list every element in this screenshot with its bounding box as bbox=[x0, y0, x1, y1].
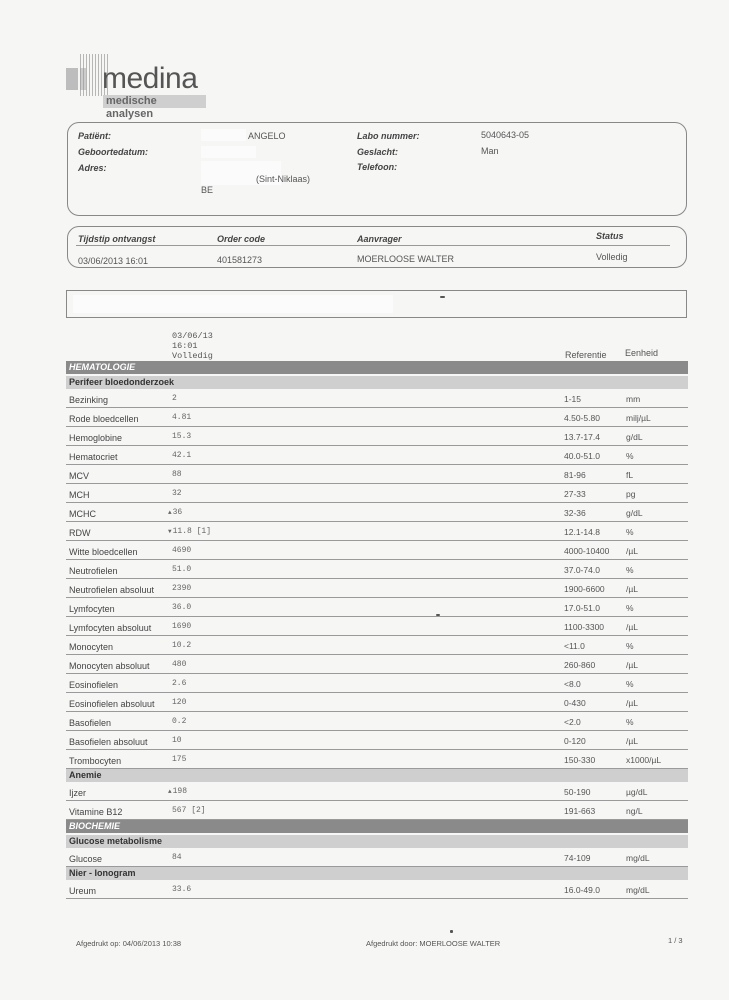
test-name: Glucose bbox=[69, 854, 102, 864]
result-value: 120 bbox=[172, 698, 186, 707]
test-result: 36.0 bbox=[172, 603, 191, 612]
test-result: 10 bbox=[172, 736, 182, 745]
test-name: RDW bbox=[69, 528, 91, 538]
result-value: 42.1 bbox=[172, 451, 191, 460]
result-value: 4690 bbox=[172, 546, 191, 555]
reference-range: 1900-6600 bbox=[564, 584, 605, 594]
reference-range: 150-330 bbox=[564, 755, 595, 765]
result-value: 36 bbox=[173, 508, 183, 517]
test-result: 42.1 bbox=[172, 451, 191, 460]
test-name: Trombocyten bbox=[69, 756, 121, 766]
table-row: Hematocriet42.140.0-51.0% bbox=[66, 446, 688, 465]
test-result: 567 [2] bbox=[172, 806, 206, 815]
patient-label: Patiënt: bbox=[78, 131, 111, 141]
group-header: Nier - Ionogram bbox=[66, 867, 688, 880]
remarks-box bbox=[66, 290, 687, 318]
patient-info-box: Patiënt: ANGELO Geboortedatum: Adres: (S… bbox=[67, 122, 687, 216]
test-result: 15.3 bbox=[172, 432, 191, 441]
table-row: Lymfocyten36.017.0-51.0% bbox=[66, 598, 688, 617]
order-info-box: Tijdstip ontvangst Order code Aanvrager … bbox=[67, 226, 687, 268]
unit: mg/dL bbox=[626, 853, 650, 863]
table-row: MCHC▲3632-36g/dL bbox=[66, 503, 688, 522]
lab-report-page: medina medische analysen Patiënt: ANGELO… bbox=[0, 0, 729, 1000]
table-row: Trombocyten175150-330x1000/µL bbox=[66, 750, 688, 769]
test-name: Hemoglobine bbox=[69, 433, 122, 443]
unit: fL bbox=[626, 470, 633, 480]
unit: % bbox=[626, 641, 634, 651]
unit: milj/µL bbox=[626, 413, 651, 423]
table-row: Eosinofielen absoluut1200-430/µL bbox=[66, 693, 688, 712]
logo-subtitle: medische analysen bbox=[103, 95, 206, 108]
reference-range: 81-96 bbox=[564, 470, 586, 480]
test-result: 51.0 bbox=[172, 565, 191, 574]
result-date: 03/06/13 bbox=[172, 331, 213, 341]
test-name: Lymfocyten bbox=[69, 604, 115, 614]
flag-high-icon: ▲ bbox=[168, 788, 172, 795]
printed-by: Afgedrukt door: MOERLOOSE WALTER bbox=[366, 939, 500, 948]
unit: ng/L bbox=[626, 806, 643, 816]
section-header: HEMATOLOGIE bbox=[66, 361, 688, 374]
address-city: (Sint-Niklaas) bbox=[256, 174, 310, 184]
received-value: 03/06/2013 16:01 bbox=[78, 256, 148, 266]
page-number: 1 / 3 bbox=[668, 936, 683, 945]
result-value: 51.0 bbox=[172, 565, 191, 574]
reference-range: 50-190 bbox=[564, 787, 590, 797]
result-value: 36.0 bbox=[172, 603, 191, 612]
result-value: 175 bbox=[172, 755, 186, 764]
table-row: Vitamine B12567 [2]191-663ng/L bbox=[66, 801, 688, 820]
table-row: Neutrofielen absoluut23901900-6600/µL bbox=[66, 579, 688, 598]
test-name: MCHC bbox=[69, 509, 96, 519]
test-name: Ureum bbox=[69, 886, 96, 896]
redacted-remark bbox=[73, 295, 393, 313]
result-status: Volledig bbox=[172, 351, 213, 361]
test-name: Monocyten bbox=[69, 642, 113, 652]
status-value: Volledig bbox=[596, 252, 628, 262]
unit: pg bbox=[626, 489, 635, 499]
test-result: 88 bbox=[172, 470, 182, 479]
test-name: Hematocriet bbox=[69, 452, 118, 462]
result-value: 1690 bbox=[172, 622, 191, 631]
gender: Man bbox=[481, 146, 499, 156]
result-value: 33.6 bbox=[172, 885, 191, 894]
unit: /µL bbox=[626, 660, 638, 670]
unit: /µL bbox=[626, 546, 638, 556]
test-result: ▲198 bbox=[168, 787, 187, 796]
reference-range: 17.0-51.0 bbox=[564, 603, 600, 613]
reference-range: 74-109 bbox=[564, 853, 590, 863]
test-result: 4690 bbox=[172, 546, 191, 555]
printed-on: Afgedrukt op: 04/06/2013 10:38 bbox=[76, 939, 181, 948]
unit: % bbox=[626, 451, 634, 461]
test-result: 10.2 bbox=[172, 641, 191, 650]
birthdate-label: Geboortedatum: bbox=[78, 147, 148, 157]
reference-range: 12.1-14.8 bbox=[564, 527, 600, 537]
result-value: 4.81 bbox=[172, 413, 191, 422]
result-column-header: 03/06/13 16:01 Volledig bbox=[172, 331, 213, 361]
table-row: MCH3227-33pg bbox=[66, 484, 688, 503]
test-name: MCV bbox=[69, 471, 89, 481]
unit: mg/dL bbox=[626, 885, 650, 895]
test-name: Eosinofielen absoluut bbox=[69, 699, 155, 709]
table-row: Basofielen0.2<2.0% bbox=[66, 712, 688, 731]
reference-range: 0-120 bbox=[564, 736, 586, 746]
table-row: Lymfocyten absoluut16901100-3300/µL bbox=[66, 617, 688, 636]
unit: g/dL bbox=[626, 508, 643, 518]
reference-range: 16.0-49.0 bbox=[564, 885, 600, 895]
table-row: Monocyten10.2<11.0% bbox=[66, 636, 688, 655]
test-result: 0.2 bbox=[172, 717, 186, 726]
result-time: 16:01 bbox=[172, 341, 213, 351]
test-name: Neutrofielen bbox=[69, 566, 118, 576]
logo-name: medina bbox=[102, 64, 197, 94]
group-header: Glucose metabolisme bbox=[66, 835, 688, 848]
unit: /µL bbox=[626, 736, 638, 746]
test-result: 1690 bbox=[172, 622, 191, 631]
table-row: Neutrofielen51.037.0-74.0% bbox=[66, 560, 688, 579]
table-row: Eosinofielen2.6<8.0% bbox=[66, 674, 688, 693]
scan-artifact bbox=[450, 930, 453, 933]
reference-range: <2.0 bbox=[564, 717, 581, 727]
reference-range: 37.0-74.0 bbox=[564, 565, 600, 575]
group-header: Perifeer bloedonderzoek bbox=[66, 376, 688, 389]
result-value: 11.8 [1] bbox=[173, 527, 211, 536]
table-row: Ijzer▲19850-190µg/dL bbox=[66, 782, 688, 801]
unit: /µL bbox=[626, 698, 638, 708]
result-value: 84 bbox=[172, 853, 182, 862]
result-value: 198 bbox=[173, 787, 187, 796]
result-value: 10.2 bbox=[172, 641, 191, 650]
test-result: 175 bbox=[172, 755, 186, 764]
unit: µg/dL bbox=[626, 787, 647, 797]
patient-name: ANGELO bbox=[248, 131, 286, 141]
reference-range: 4.50-5.80 bbox=[564, 413, 600, 423]
reference-range: <11.0 bbox=[564, 641, 585, 651]
unit: /µL bbox=[626, 584, 638, 594]
test-name: Basofielen absoluut bbox=[69, 737, 148, 747]
unit: % bbox=[626, 603, 634, 613]
table-row: Bezinking21-15mm bbox=[66, 389, 688, 408]
test-name: Monocyten absoluut bbox=[69, 661, 150, 671]
test-name: Bezinking bbox=[69, 395, 108, 405]
gender-label: Geslacht: bbox=[357, 147, 398, 157]
result-value: 567 [2] bbox=[172, 806, 206, 815]
test-name: Basofielen bbox=[69, 718, 111, 728]
test-name: MCH bbox=[69, 490, 90, 500]
result-value: 15.3 bbox=[172, 432, 191, 441]
table-row: Ureum33.616.0-49.0mg/dL bbox=[66, 880, 688, 899]
result-value: 480 bbox=[172, 660, 186, 669]
phone-label: Telefoon: bbox=[357, 162, 397, 172]
status-header: Status bbox=[596, 231, 624, 241]
reference-range: 1-15 bbox=[564, 394, 581, 404]
reference-range: 1100-3300 bbox=[564, 622, 604, 632]
reference-range: 40.0-51.0 bbox=[564, 451, 600, 461]
result-value: 2390 bbox=[172, 584, 191, 593]
test-name: Neutrofielen absoluut bbox=[69, 585, 154, 595]
result-value: 2.6 bbox=[172, 679, 186, 688]
reference-range: <8.0 bbox=[564, 679, 581, 689]
table-row: Hemoglobine15.313.7-17.4g/dL bbox=[66, 427, 688, 446]
test-result: ▲36 bbox=[168, 508, 182, 517]
reference-range: 191-663 bbox=[564, 806, 595, 816]
reference-range: 0-430 bbox=[564, 698, 586, 708]
table-row: RDW▼11.8 [1]12.1-14.8% bbox=[66, 522, 688, 541]
test-name: Eosinofielen bbox=[69, 680, 118, 690]
unit: % bbox=[626, 717, 634, 727]
lab-number-label: Labo nummer: bbox=[357, 131, 420, 141]
reference-range: 27-33 bbox=[564, 489, 586, 499]
test-result: 480 bbox=[172, 660, 186, 669]
result-value: 0.2 bbox=[172, 717, 186, 726]
result-value: 88 bbox=[172, 470, 182, 479]
scan-artifact bbox=[436, 614, 440, 616]
reference-range: 32-36 bbox=[564, 508, 586, 518]
unit: /µL bbox=[626, 622, 638, 632]
requester-header: Aanvrager bbox=[357, 234, 402, 244]
test-name: Lymfocyten absoluut bbox=[69, 623, 151, 633]
table-row: MCV8881-96fL bbox=[66, 465, 688, 484]
unit: g/dL bbox=[626, 432, 643, 442]
reference-range: 260-860 bbox=[564, 660, 595, 670]
test-name: Vitamine B12 bbox=[69, 807, 122, 817]
table-row: Witte bloedcellen46904000-10400/µL bbox=[66, 541, 688, 560]
redacted-surname bbox=[201, 129, 246, 141]
requester-value: MOERLOOSE WALTER bbox=[357, 254, 454, 264]
test-result: 33.6 bbox=[172, 885, 191, 894]
table-row: Rode bloedcellen4.814.50-5.80milj/µL bbox=[66, 408, 688, 427]
test-result: 120 bbox=[172, 698, 186, 707]
test-result: 32 bbox=[172, 489, 182, 498]
test-result: 2390 bbox=[172, 584, 191, 593]
result-value: 10 bbox=[172, 736, 182, 745]
flag-high-icon: ▲ bbox=[168, 509, 172, 516]
order-code-value: 401581273 bbox=[217, 255, 262, 265]
table-row: Basofielen absoluut100-120/µL bbox=[66, 731, 688, 750]
test-result: 4.81 bbox=[172, 413, 191, 422]
section-header: BIOCHEMIE bbox=[66, 820, 688, 833]
table-row: Monocyten absoluut480260-860/µL bbox=[66, 655, 688, 674]
redacted-birthdate bbox=[201, 146, 256, 158]
test-name: Witte bloedcellen bbox=[69, 547, 138, 557]
unit: % bbox=[626, 679, 634, 689]
result-value: 2 bbox=[172, 394, 177, 403]
results-table: HEMATOLOGIEPerifeer bloedonderzoekBezink… bbox=[66, 361, 688, 899]
table-row: Glucose8474-109mg/dL bbox=[66, 848, 688, 867]
reference-range: 4000-10400 bbox=[564, 546, 609, 556]
order-header-divider bbox=[76, 245, 670, 246]
lab-number: 5040643-05 bbox=[481, 130, 529, 140]
unit: x1000/µL bbox=[626, 755, 661, 765]
test-result: 84 bbox=[172, 853, 182, 862]
unit-header: Eenheid bbox=[625, 348, 658, 358]
test-name: Ijzer bbox=[69, 788, 86, 798]
test-name: Rode bloedcellen bbox=[69, 414, 139, 424]
group-header: Anemie bbox=[66, 769, 688, 782]
unit: mm bbox=[626, 394, 640, 404]
scan-artifact bbox=[440, 296, 445, 298]
order-code-header: Order code bbox=[217, 234, 265, 244]
reference-header: Referentie bbox=[565, 350, 607, 360]
test-result: 2 bbox=[172, 394, 177, 403]
test-result: 2.6 bbox=[172, 679, 186, 688]
received-header: Tijdstip ontvangst bbox=[78, 234, 155, 244]
flag-low-icon: ▼ bbox=[168, 528, 172, 535]
unit: % bbox=[626, 565, 634, 575]
address-country: BE bbox=[201, 185, 213, 195]
medina-logo: medina medische analysen bbox=[66, 52, 206, 112]
address-label: Adres: bbox=[78, 163, 107, 173]
test-result: ▼11.8 [1] bbox=[168, 527, 211, 536]
reference-range: 13.7-17.4 bbox=[564, 432, 600, 442]
result-value: 32 bbox=[172, 489, 182, 498]
unit: % bbox=[626, 527, 634, 537]
